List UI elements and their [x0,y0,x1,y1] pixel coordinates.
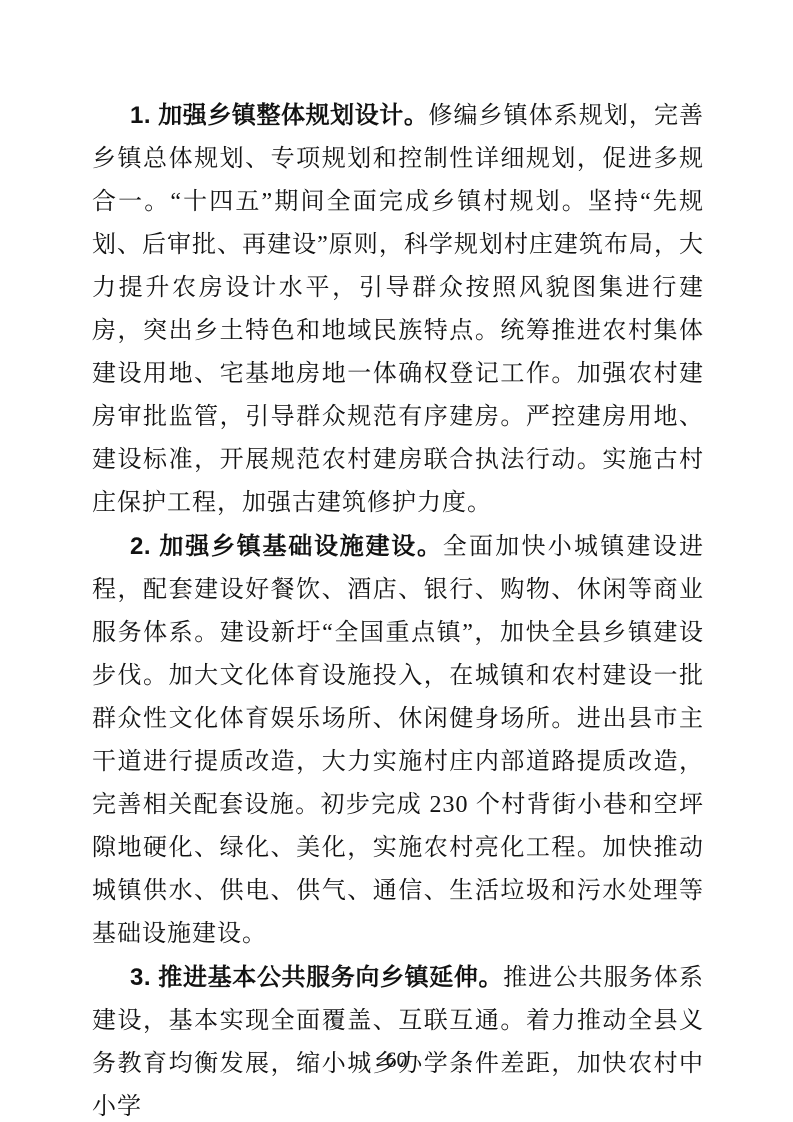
paragraph-2-heading: 2. 加强乡镇基础设施建设。 [130,533,443,560]
document-content: 1. 加强乡镇整体规划设计。修编乡镇体系规划，完善乡镇总体规划、专项规划和控制性… [92,94,704,1122]
paragraph-3-heading: 3. 推进基本公共服务向乡镇延伸。 [130,964,503,991]
paragraph-2: 2. 加强乡镇基础设施建设。全面加快小城镇建设进程，配套建设好餐饮、酒店、银行、… [92,525,704,956]
page-footer: 60 [0,1046,793,1074]
paragraph-3: 3. 推进基本公共服务向乡镇延伸。推进公共服务体系建设，基本实现全面覆盖、互联互… [92,956,704,1122]
document-page: 1. 加强乡镇整体规划设计。修编乡镇体系规划，完善乡镇总体规划、专项规划和控制性… [0,0,793,1122]
paragraph-1: 1. 加强乡镇整体规划设计。修编乡镇体系规划，完善乡镇总体规划、专项规划和控制性… [92,94,704,525]
paragraph-1-heading: 1. 加强乡镇整体规划设计。 [130,102,428,129]
paragraph-2-body: 全面加快小城镇建设进程，配套建设好餐饮、酒店、银行、购物、休闲等商业服务体系。建… [92,534,704,947]
paragraph-1-body: 修编乡镇体系规划，完善乡镇总体规划、专项规划和控制性详细规划，促进多规合一。“十… [92,103,704,516]
page-number: 60 [386,1047,408,1072]
